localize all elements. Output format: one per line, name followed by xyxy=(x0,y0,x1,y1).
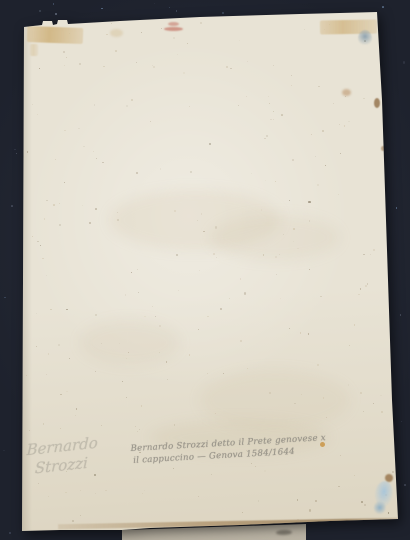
tape-remnant-top-left xyxy=(27,26,84,44)
brown-edge-spot xyxy=(374,98,380,108)
tape-remnant-top-left-lower xyxy=(30,44,38,56)
brown-edge-spot xyxy=(381,146,385,151)
water-stain xyxy=(80,320,180,365)
red-stamp-mark xyxy=(162,21,188,35)
sheet-shadow: Bernardo Strozzi detto il Prete genovese… xyxy=(0,0,410,540)
drawing-sheet-verso: Bernardo Strozzi detto il Prete genovese… xyxy=(0,0,410,540)
tan-spot xyxy=(110,29,123,37)
pencil-inscription-collector: Bernardo Strozzi xyxy=(26,434,98,480)
water-stain xyxy=(210,215,340,260)
gray-blue-spot-top-right xyxy=(358,30,372,46)
photo-of-drawing-verso: Bernardo Strozzi detto il Prete genovese… xyxy=(0,0,410,540)
brown-spot xyxy=(342,89,351,96)
